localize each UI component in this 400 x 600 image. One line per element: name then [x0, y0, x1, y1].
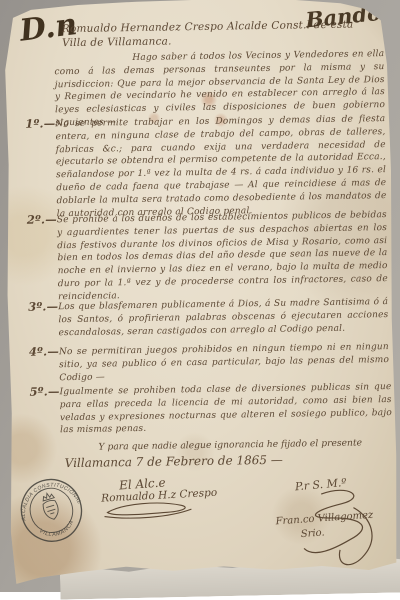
closing-line: Y para que nadie alegue ignorancia he fi… — [98, 437, 400, 453]
clause-5-number: 5º.— — [29, 385, 59, 398]
clause-3: 3º.— Los que blasfemaren publicamente á … — [58, 296, 389, 340]
clause-3-number: 3º.— — [28, 300, 58, 313]
signature-flourish-right-icon — [269, 487, 390, 575]
clause-4-text: No se permitiran juegos prohibidos en ni… — [59, 342, 389, 383]
clause-1-number: 1º.— — [25, 117, 55, 130]
seal-crown-arms-icon — [39, 491, 60, 521]
clause-4-number: 4º.— — [29, 345, 59, 358]
clause-2-number: 2º.— — [27, 213, 57, 226]
clause-1: 1º.— No se permite trabajar en los Domin… — [55, 113, 387, 221]
place-date-line: Villamanca 7 de Febrero de 1865 — — [65, 453, 283, 470]
svg-text:VILLAMANCA: VILLAMANCA — [37, 518, 78, 543]
manuscript-page: D.n Romualdo Hernandez Crespo Alcalde Co… — [0, 0, 400, 591]
clause-4: 4º.— No se permitiran juegos prohibidos … — [59, 341, 390, 385]
seal-bottom-text: VILLAMANCA — [37, 518, 78, 543]
bando-title: Bando — [305, 0, 382, 33]
clause-1-text: No se permite trabajar en los Domingos y… — [55, 114, 386, 219]
clause-5: 5º.— Igualmente se prohiben toda clase d… — [59, 381, 392, 437]
photo-background: D.n Romualdo Hernandez Crespo Alcalde Co… — [0, 0, 400, 592]
handwritten-ink-layer: D.n Romualdo Hernandez Crespo Alcalde Co… — [0, 0, 400, 591]
clause-2: 2º.— Se prohibe á los dueños de los esta… — [57, 209, 388, 304]
signature-flourish-left-icon — [101, 500, 197, 522]
official-seal-icon: ALCALDIA CONSTITUCIONAL VILLAMANCA — [11, 470, 91, 550]
clause-3-text: Los que blasfemaren publicamente á Dios,… — [58, 297, 388, 338]
clause-2-text: Se prohibe á los dueños de los estableci… — [57, 210, 388, 302]
clause-5-text: Igualmente se prohiben toda clase de div… — [59, 382, 392, 436]
